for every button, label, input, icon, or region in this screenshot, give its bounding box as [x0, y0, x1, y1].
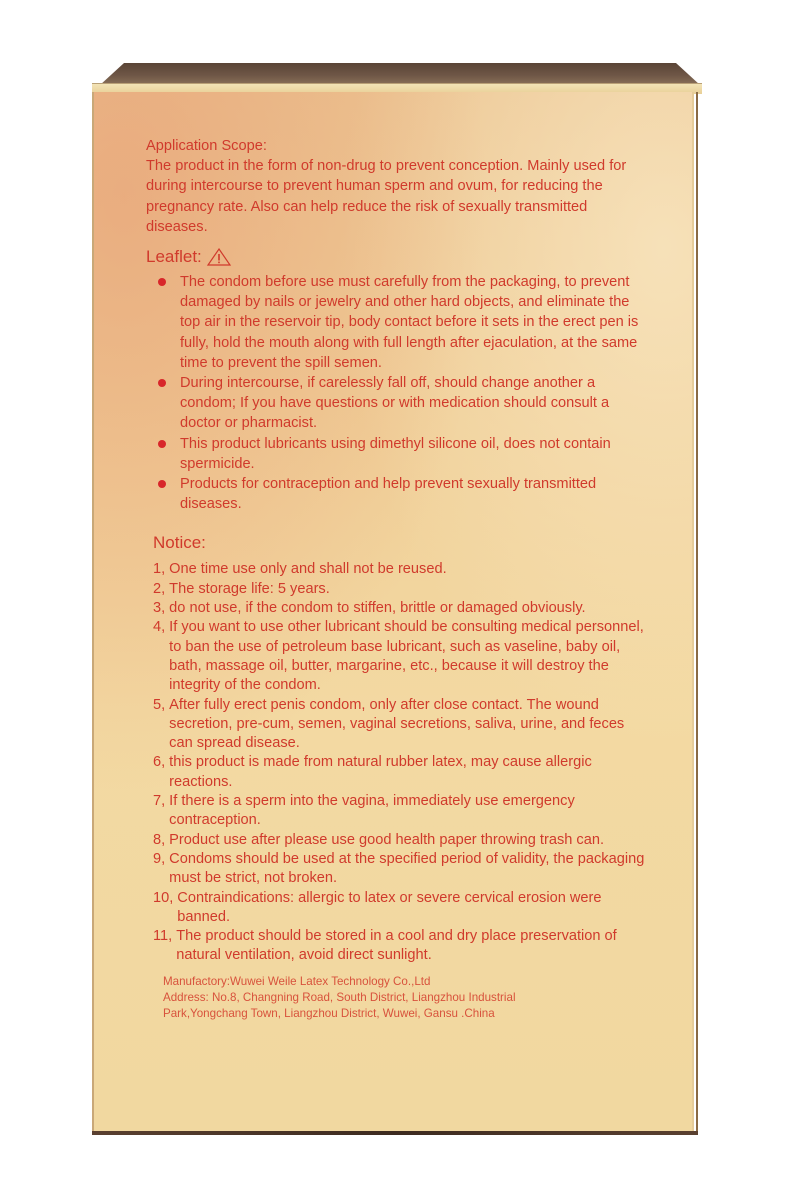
warning-triangle-icon — [206, 247, 232, 267]
leaflet-item: This product lubricants using dimethyl s… — [146, 434, 646, 474]
manufacturer-address-line2: Park,Yongchang Town, Liangzhou District,… — [163, 1006, 646, 1022]
notice-number: 1, — [153, 560, 165, 579]
box-top-edge — [100, 63, 700, 85]
notice-item: 4,If you want to use other lubricant sho… — [153, 618, 646, 695]
notice-text: After fully erect penis condom, only aft… — [165, 696, 646, 754]
manufacturer-address-line1: Address: No.8, Changning Road, South Dis… — [163, 990, 646, 1006]
notice-item: 5,After fully erect penis condom, only a… — [153, 696, 646, 754]
notice-item: 7,If there is a sperm into the vagina, i… — [153, 792, 646, 831]
notice-item: 11,The product should be stored in a coo… — [153, 927, 646, 966]
notice-title: Notice: — [153, 532, 646, 554]
notice-text: One time use only and shall not be reuse… — [165, 560, 646, 579]
leaflet-item: The condom before use must carefully fro… — [146, 272, 646, 373]
leaflet-list: The condom before use must carefully fro… — [146, 272, 646, 514]
scope-text: The product in the form of non-drug to p… — [146, 156, 646, 237]
notice-number: 11, — [153, 927, 172, 966]
notice-text: Condoms should be used at the specified … — [165, 850, 646, 889]
notice-item: 1,One time use only and shall not be reu… — [153, 560, 646, 579]
notice-number: 2, — [153, 580, 165, 599]
notice-number: 10, — [153, 889, 173, 928]
manufacturer-info: Manufactory:Wuwei Weile Latex Technology… — [163, 974, 646, 1023]
box-right-edge — [696, 92, 698, 1132]
notice-text: The storage life: 5 years. — [165, 580, 646, 599]
notice-item: 3,do not use, if the condom to stiffen, … — [153, 599, 646, 618]
leaflet-heading: Leaflet: — [146, 246, 646, 268]
notice-number: 3, — [153, 599, 165, 618]
application-scope: Application Scope: The product in the fo… — [146, 136, 646, 237]
notice-item: 2,The storage life: 5 years. — [153, 580, 646, 599]
notice-number: 7, — [153, 792, 165, 831]
leaflet-section: Leaflet: The condom before use must care… — [146, 246, 646, 514]
notice-item: 10,Contraindications: allergic to latex … — [153, 889, 646, 928]
notice-text: Product use after please use good health… — [165, 831, 646, 850]
box-bottom-edge — [92, 1131, 698, 1135]
package-text: Application Scope: The product in the fo… — [146, 136, 646, 1022]
notice-number: 4, — [153, 618, 165, 695]
notice-number: 6, — [153, 753, 165, 792]
manufacturer-name: Manufactory:Wuwei Weile Latex Technology… — [163, 974, 646, 990]
notice-text: do not use, if the condom to stiffen, br… — [165, 599, 646, 618]
leaflet-item: Products for contraception and help prev… — [146, 474, 646, 514]
notice-text: If you want to use other lubricant shoul… — [165, 618, 646, 695]
notice-section: Notice: 1,One time use only and shall no… — [146, 532, 646, 965]
notice-text: this product is made from natural rubber… — [165, 753, 646, 792]
notice-item: 6,this product is made from natural rubb… — [153, 753, 646, 792]
notice-text: Contraindications: allergic to latex or … — [173, 889, 646, 928]
notice-text: If there is a sperm into the vagina, imm… — [165, 792, 646, 831]
notice-item: 9,Condoms should be used at the specifie… — [153, 850, 646, 889]
notice-text: The product should be stored in a cool a… — [172, 927, 646, 966]
scope-title: Application Scope: — [146, 136, 646, 156]
notice-item: 8,Product use after please use good heal… — [153, 831, 646, 850]
leaflet-title: Leaflet: — [146, 246, 202, 268]
notice-number: 5, — [153, 696, 165, 754]
notice-list: 1,One time use only and shall not be reu… — [146, 560, 646, 965]
notice-number: 9, — [153, 850, 165, 889]
notice-number: 8, — [153, 831, 165, 850]
leaflet-item: During intercourse, if carelessly fall o… — [146, 373, 646, 434]
